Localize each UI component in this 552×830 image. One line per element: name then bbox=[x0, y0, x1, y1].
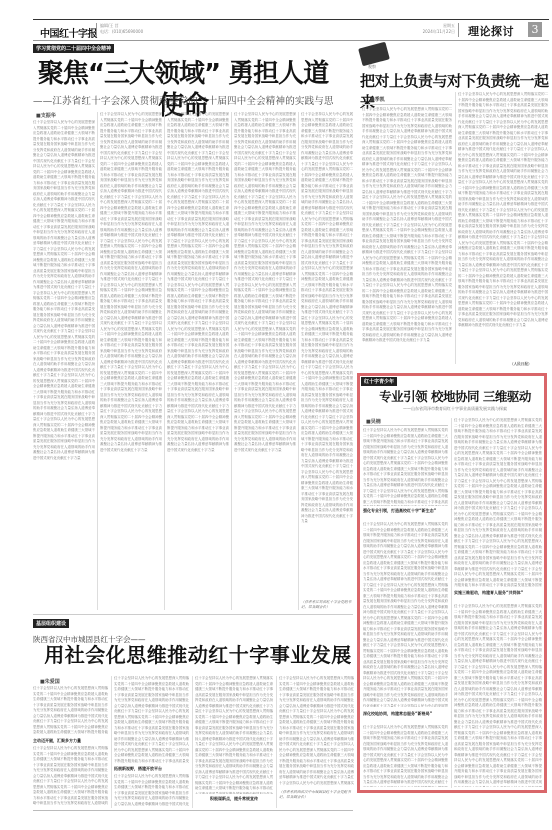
page-number: 3 bbox=[528, 22, 542, 37]
boxed-subhead-2: 深化校地协同，构建常态服务“新格局” bbox=[363, 711, 448, 717]
date: 2024年11月22日 bbox=[395, 29, 455, 35]
boxed-article-tag: 红十字青少年 bbox=[361, 377, 397, 386]
bottom-article-column-2a: 红十字会坚持以人民为中心的发展思想深入贯彻落实党的二十届四中全会精神聚焦应急救援… bbox=[114, 676, 189, 764]
boxed-article-column-1c: 红十字会坚持以人民为中心的发展思想深入贯彻落实党的二十届四中全会精神聚焦应急救援… bbox=[363, 725, 448, 787]
column-divider bbox=[451, 418, 452, 788]
boxed-article-column-2a: 红十字会坚持以人民为中心的发展思想深入贯彻落实党的二十届四中全会精神聚焦应急救援… bbox=[454, 418, 542, 588]
column-divider bbox=[231, 112, 232, 610]
boxed-subhead-1: 强化专业引领，打造高校红十字“新生态” bbox=[363, 508, 448, 514]
boxed-article-byline: 吴楠 bbox=[366, 418, 381, 425]
editor-info: 编辑/王 莒 电话：(010)65690000 bbox=[100, 23, 143, 35]
section-rule bbox=[33, 614, 353, 615]
masthead-divider bbox=[96, 23, 97, 37]
boxed-article-column-1b: 红十字会坚持以人民为中心的发展思想深入贯彻落实党的二十届四中全会精神聚焦应急救援… bbox=[363, 522, 448, 707]
column-divider bbox=[455, 92, 456, 364]
masthead-top-rule bbox=[33, 19, 549, 20]
topic-tag: 学习贯彻党的二十届四中全会精神 bbox=[33, 44, 114, 53]
bottom-article-headline: 用社会化思维推动红十字事业发展 bbox=[33, 640, 363, 670]
column-divider bbox=[192, 676, 193, 808]
main-subheadline: ——江苏省红十字会深入贯彻落实党的二十届四中全会精神的实践与思考 bbox=[33, 93, 333, 107]
bottom-subhead-1: 主动迈开腿，汇聚多方力量 bbox=[33, 738, 108, 744]
column-divider bbox=[164, 112, 165, 610]
main-article-credit: （作者系江苏省红十字会党组书记、常务副会长） bbox=[301, 600, 353, 610]
column-divider bbox=[298, 112, 299, 610]
byline-rule bbox=[363, 425, 448, 426]
main-article-column-5: 红十字会坚持以人民为中心的发展思想深入贯彻落实党的二十届四中全会精神聚焦应急救援… bbox=[301, 112, 353, 610]
right-article-column-2: 红十字会坚持以人民为中心的发展思想深入贯彻落实党的二十届四中全会精神聚焦应急救援… bbox=[458, 92, 548, 357]
masthead-bottom-rule bbox=[33, 40, 549, 41]
section-title: 理论探讨 bbox=[468, 23, 514, 39]
bottom-article-credit: （作者系陕西省汉中市城固县红十字会党组书记、常务副会长） bbox=[279, 790, 354, 800]
bottom-article-column-1a: 红十字会坚持以人民为中心的发展思想深入贯彻落实党的二十届四中全会精神聚焦应急救援… bbox=[33, 686, 108, 734]
column-divider bbox=[97, 112, 98, 610]
bottom-article-column-1b: 红十字会坚持以人民为中心的发展思想深入贯彻落实党的二十届四中全会精神聚焦应急救援… bbox=[33, 746, 108, 806]
boxed-article-subheadline: ——山东省菏泽市教育局红十字事业高质量发展实践与探索 bbox=[370, 406, 540, 412]
main-article-column-2: 红十字会坚持以人民为中心的发展思想深入贯彻落实党的二十届四中全会精神聚焦应急救援… bbox=[100, 112, 162, 610]
flag-icon bbox=[358, 42, 390, 67]
bottom-article-column-4: 红十字会坚持以人民为中心的发展思想深入贯彻落实党的二十届四中全会精神聚焦应急救援… bbox=[279, 676, 354, 786]
issue-date: 星期五 2024年11月22日 bbox=[395, 23, 455, 35]
main-article-column-4: 红十字会坚持以人民为中心的发展思想深入贯彻落实党的二十届四中全会精神聚焦应急救援… bbox=[234, 112, 296, 610]
bottom-subhead-3: 积极谋新点，提升常规宣传 bbox=[195, 796, 273, 802]
bottom-article-column-3: 红十字会坚持以人民为中心的发展思想深入贯彻落实党的二十届四中全会精神聚焦应急救援… bbox=[195, 676, 273, 794]
byline-rule bbox=[362, 104, 452, 105]
boxed-article-headline: 专业引领 校地协同 三维驱动 bbox=[365, 387, 545, 405]
bottom-article-column-2b: 红十字会坚持以人民为中心的发展思想深入贯彻落实党的二十届四中全会精神聚焦应急救援… bbox=[114, 774, 189, 806]
column-divider bbox=[111, 676, 112, 808]
right-article-credit: （人民日报） bbox=[510, 362, 532, 367]
boxed-article-column-2b: 红十字会坚持以人民为中心的发展思想深入贯彻落实党的二十届四中全会精神聚焦应急救援… bbox=[454, 604, 542, 787]
masthead-divider-2 bbox=[458, 23, 459, 37]
right-article-column-1: 红十字会坚持以人民为中心的发展思想深入贯彻落实党的二十届四中全会精神聚焦应急救援… bbox=[362, 107, 452, 365]
right-article-byline: 季凯 bbox=[370, 96, 385, 103]
column-divider bbox=[276, 676, 277, 808]
page-bottom-rule bbox=[33, 810, 353, 811]
boxed-article-column-1a: 红十字会坚持以人民为中心的发展思想深入贯彻落实党的二十届四中全会精神聚焦应急救援… bbox=[363, 428, 448, 506]
main-byline: 支振华 bbox=[36, 112, 56, 119]
main-article-column-1: 红十字会坚持以人民为中心的发展思想深入贯彻落实党的二十届四中全会精神聚焦应急救援… bbox=[33, 120, 95, 610]
bottom-article-byline: 朱爱国 bbox=[40, 678, 60, 685]
boxed-subhead-3: 实施三维驱动，构建育人服务“共同体” bbox=[454, 590, 542, 596]
editor-phone: 电话：(010)65690000 bbox=[100, 29, 143, 35]
bottom-article-tag: 基层组织建设 bbox=[33, 619, 69, 628]
main-article-column-3: 红十字会坚持以人民为中心的发展思想深入贯彻落实党的二十届四中全会精神聚焦应急救援… bbox=[167, 112, 229, 610]
bottom-subhead-2: 拓展新视野，搭建开放平台 bbox=[114, 766, 189, 772]
newspaper-logo: 中国红十字报 bbox=[40, 25, 97, 40]
